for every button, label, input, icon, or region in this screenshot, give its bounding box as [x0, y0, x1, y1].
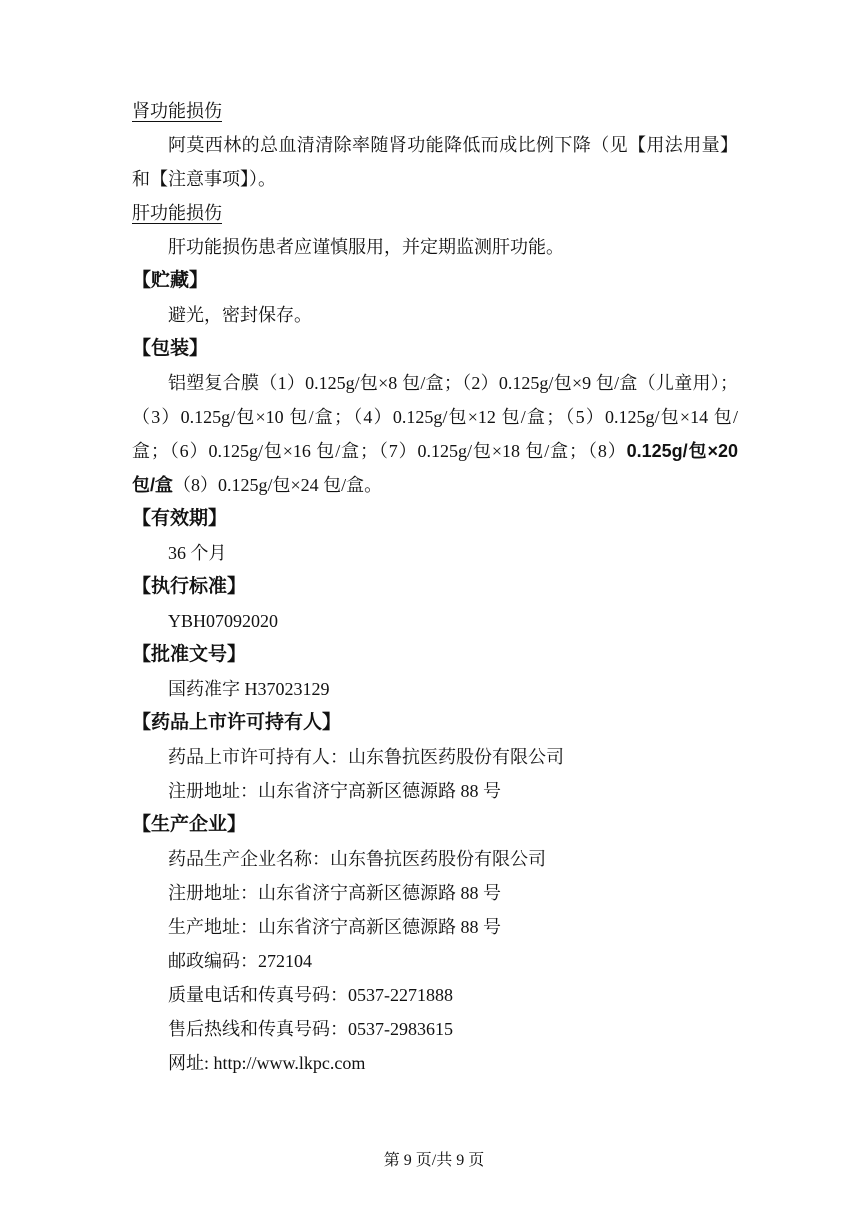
- heading-license-holder: 【药品上市许可持有人】: [132, 706, 738, 740]
- subheading-renal-impairment: 肾功能损伤: [132, 94, 738, 128]
- text-run: 邮政编码：272104: [168, 951, 312, 971]
- paragraph-executive-standard: YBH07092020: [132, 604, 738, 638]
- text-run: 【执行标准】: [132, 576, 246, 597]
- paragraph-license-holder-address: 注册地址：山东省济宁高新区德源路 88 号: [132, 774, 738, 808]
- paragraph-renal-impairment: 阿莫西林的总血清清除率随肾功能降低而成比例下降（见【用法用量】和【注意事项】）。: [132, 128, 738, 196]
- text-run: （8）0.125g/包×24 包/盒。: [173, 475, 382, 495]
- text-run: 肾功能损伤: [132, 101, 222, 121]
- text-run: 售后热线和传真号码：0537-2983615: [168, 1019, 453, 1039]
- heading-executive-standard: 【执行标准】: [132, 570, 738, 604]
- paragraph-after-sales-phone: 售后热线和传真号码：0537-2983615: [132, 1012, 738, 1046]
- page-number-label: 第 9 页/共 9 页: [384, 1152, 484, 1169]
- text-run: 国药准字 H37023129: [168, 679, 330, 699]
- subheading-hepatic-impairment: 肝功能损伤: [132, 196, 738, 230]
- text-run: 药品上市许可持有人：山东鲁抗医药股份有限公司: [168, 747, 564, 767]
- text-run: 网址: http://www.lkpc.com: [168, 1053, 365, 1073]
- paragraph-storage: 避光，密封保存。: [132, 298, 738, 332]
- text-run: 注册地址：山东省济宁高新区德源路 88 号: [168, 781, 501, 801]
- heading-packaging: 【包装】: [132, 332, 738, 366]
- text-run: 【药品上市许可持有人】: [132, 712, 341, 733]
- paragraph-quality-phone: 质量电话和传真号码：0537-2271888: [132, 978, 738, 1012]
- paragraph-approval-number: 国药准字 H37023129: [132, 672, 738, 706]
- text-run: 阿莫西林的总血清清除率随肾功能降低而成比例下降（见【用法用量】和【注意事项】）。: [132, 135, 738, 189]
- text-run: 生产地址：山东省济宁高新区德源路 88 号: [168, 917, 501, 937]
- paragraph-hepatic-impairment: 肝功能损伤患者应谨慎服用，并定期监测肝功能。: [132, 230, 738, 264]
- text-run: YBH07092020: [168, 611, 278, 631]
- text-run: 避光，密封保存。: [168, 305, 312, 325]
- paragraph-website: 网址: http://www.lkpc.com: [132, 1046, 738, 1080]
- text-run: 36 个月: [168, 543, 227, 563]
- page-footer: 第 9 页/共 9 页: [0, 1147, 868, 1170]
- text-run: 质量电话和传真号码：0537-2271888: [168, 985, 453, 1005]
- document-content: 肾功能损伤阿莫西林的总血清清除率随肾功能降低而成比例下降（见【用法用量】和【注意…: [132, 94, 738, 1080]
- paragraph-postal-code: 邮政编码：272104: [132, 944, 738, 978]
- text-run: 【包装】: [132, 338, 208, 359]
- text-run: 【生产企业】: [132, 814, 246, 835]
- paragraph-manufacturer-production-address: 生产地址：山东省济宁高新区德源路 88 号: [132, 910, 738, 944]
- paragraph-manufacturer-name: 药品生产企业名称：山东鲁抗医药股份有限公司: [132, 842, 738, 876]
- text-run: 【有效期】: [132, 508, 227, 529]
- heading-manufacturer: 【生产企业】: [132, 808, 738, 842]
- heading-storage: 【贮藏】: [132, 264, 738, 298]
- document-page: 肾功能损伤阿莫西林的总血清清除率随肾功能降低而成比例下降（见【用法用量】和【注意…: [0, 0, 868, 1227]
- text-run: 肝功能损伤患者应谨慎服用，并定期监测肝功能。: [168, 237, 564, 257]
- text-run: 【贮藏】: [132, 270, 208, 291]
- text-run: 肝功能损伤: [132, 203, 222, 223]
- paragraph-manufacturer-registered-address: 注册地址：山东省济宁高新区德源路 88 号: [132, 876, 738, 910]
- text-run: 药品生产企业名称：山东鲁抗医药股份有限公司: [168, 849, 546, 869]
- paragraph-packaging: 铝塑复合膜（1）0.125g/包×8 包/盒；（2）0.125g/包×9 包/盒…: [132, 366, 738, 502]
- heading-validity-period: 【有效期】: [132, 502, 738, 536]
- text-run: 【批准文号】: [132, 644, 246, 665]
- paragraph-license-holder-name: 药品上市许可持有人：山东鲁抗医药股份有限公司: [132, 740, 738, 774]
- paragraph-validity-period: 36 个月: [132, 536, 738, 570]
- heading-approval-number: 【批准文号】: [132, 638, 738, 672]
- text-run: 注册地址：山东省济宁高新区德源路 88 号: [168, 883, 501, 903]
